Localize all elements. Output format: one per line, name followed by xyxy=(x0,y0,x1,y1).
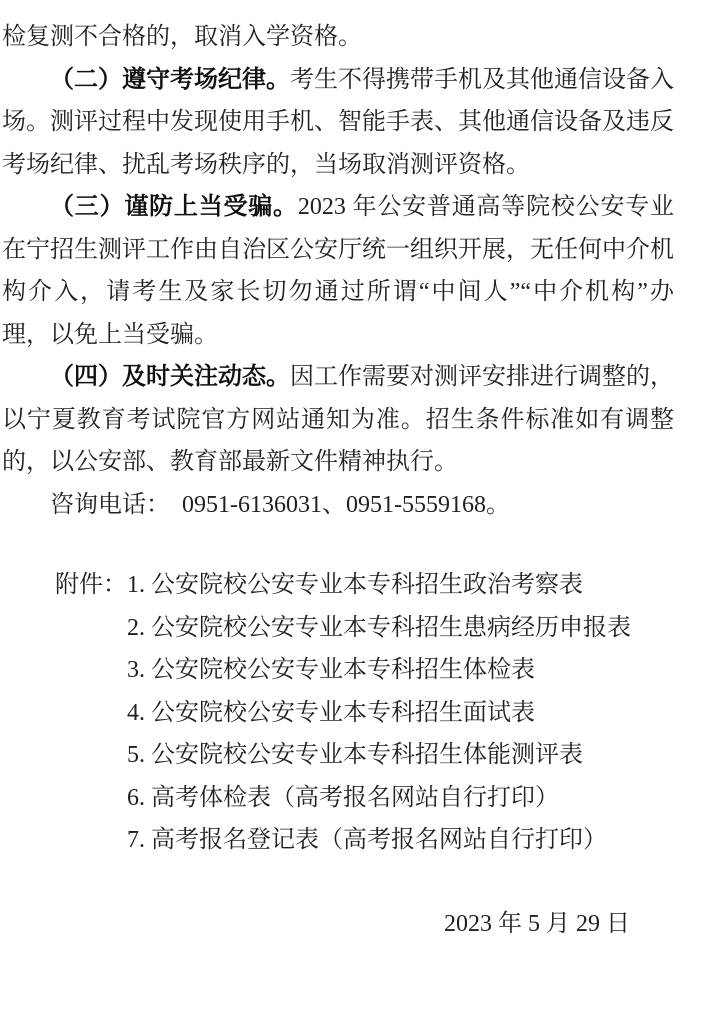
body-line: （二）遵守考场纪律。考生不得携带手机及其他通信设备入 xyxy=(2,59,674,102)
attachment-item: 7. 高考报名登记表（高考报名网站自行打印） xyxy=(127,819,674,862)
attachment-item: 4. 公安院校公安专业本专科招生面试表 xyxy=(127,692,674,735)
body-line: （三）谨防上当受骗。2023 年公安普通高等院校公安专业 xyxy=(2,186,674,229)
attachments-section: 附件： 1. 公安院校公安专业本专科招生政治考察表 2. 公安院校公安专业本专科… xyxy=(55,564,674,862)
section-heading-2: （二）遵守考场纪律。 xyxy=(50,67,290,93)
section-heading-4: （四）及时关注动态。 xyxy=(50,364,290,390)
body-line: 在宁招生测评工作由自治区公安厅统一组织开展，无任何中介机 xyxy=(2,229,674,272)
attachment-item: 2. 公安院校公安专业本专科招生患病经历申报表 xyxy=(127,607,674,650)
phone-line: 咨询电话： 0951-6136031、0951-5559168。 xyxy=(2,484,674,527)
body-line: 以宁夏教育考试院官方网站通知为准。招生条件标准如有调整 xyxy=(2,399,674,442)
body-line: 检复测不合格的，取消入学资格。 xyxy=(2,16,674,59)
body-line: 构介入，请考生及家长切勿通过所谓“中间人”“中介机构”办 xyxy=(2,271,674,314)
body-line: 考场纪律、扰乱考场秩序的，当场取消测评资格。 xyxy=(2,144,674,187)
body-line: （四）及时关注动态。因工作需要对测评安排进行调整的， xyxy=(2,356,674,399)
document-date: 2023 年 5 月 29 日 xyxy=(2,903,674,946)
body-line: 的，以公安部、教育部最新文件精神执行。 xyxy=(2,441,674,484)
body-line: 理，以免上当受骗。 xyxy=(2,314,674,357)
section-heading-3: （三）谨防上当受骗。 xyxy=(50,194,298,220)
attachment-item: 5. 公安院校公安专业本专科招生体能测评表 xyxy=(127,734,674,777)
body-text: 2023 年公安普通高等院校公安专业 xyxy=(298,194,674,220)
attachment-item: 3. 公安院校公安专业本专科招生体检表 xyxy=(127,649,674,692)
attachments-label: 附件： xyxy=(55,564,127,862)
attachments-list: 1. 公安院校公安专业本专科招生政治考察表 2. 公安院校公安专业本专科招生患病… xyxy=(127,564,674,862)
document-page: 检复测不合格的，取消入学资格。 （二）遵守考场纪律。考生不得携带手机及其他通信设… xyxy=(0,0,701,1009)
body-text: 考生不得携带手机及其他通信设备入 xyxy=(290,67,674,93)
body-line: 场。测评过程中发现使用手机、智能手表、其他通信设备及违反 xyxy=(2,101,674,144)
attachment-item: 1. 公安院校公安专业本专科招生政治考察表 xyxy=(127,564,674,607)
body-text: 因工作需要对测评安排进行调整的， xyxy=(290,364,674,390)
attachment-item: 6. 高考体检表（高考报名网站自行打印） xyxy=(127,777,674,820)
